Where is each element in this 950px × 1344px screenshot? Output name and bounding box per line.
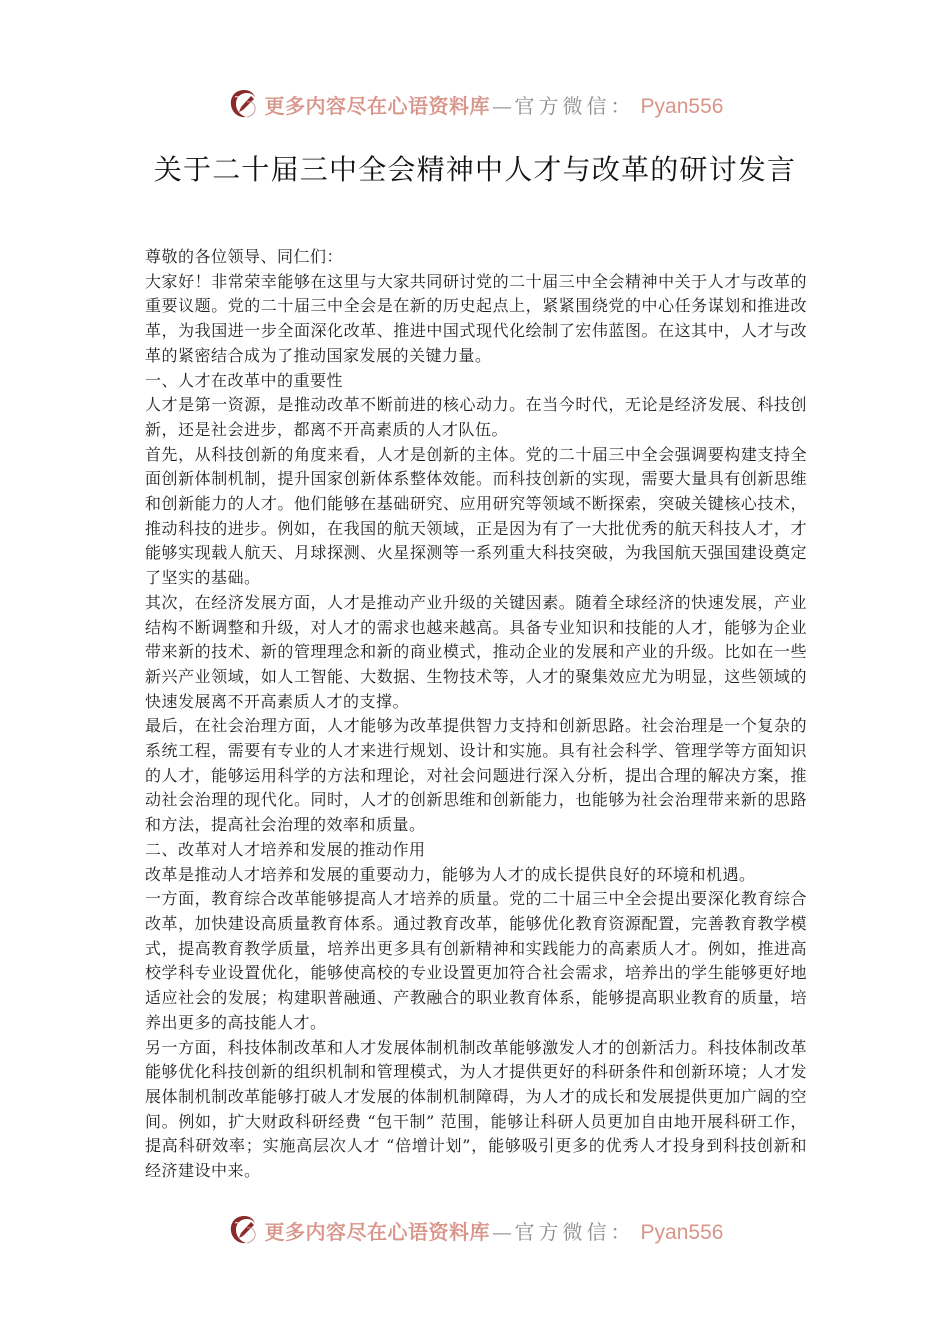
salutation: 尊敬的各位领导、同仁们： — [145, 245, 807, 270]
watermark-dash: — — [492, 94, 513, 118]
body-paragraph: 首先，从科技创新的角度来看，人才是创新的主体。党的二十届三中全会强调要构建支持全… — [145, 443, 807, 591]
section-heading-1: 一、人才在改革中的重要性 — [145, 369, 807, 394]
watermark-primary-text: 更多内容尽在心语资料库 — [265, 1216, 491, 1245]
watermark-primary-text: 更多内容尽在心语资料库 — [265, 90, 491, 119]
pen-nib-logo-icon — [227, 1213, 261, 1247]
watermark-wechat-label: 官方微信： — [515, 1216, 635, 1245]
watermark-dash: — — [492, 1220, 513, 1244]
watermark-wechat-id: Pyan556 — [641, 95, 724, 119]
watermark-wechat-label: 官方微信： — [515, 90, 635, 119]
document-body: 尊敬的各位领导、同仁们： 大家好！非常荣幸能够在这里与大家共同研讨党的二十届三中… — [145, 245, 807, 1184]
watermark-text: 更多内容尽在心语资料库 — 官方微信： Pyan556 — [265, 90, 724, 119]
intro-paragraph: 大家好！非常荣幸能够在这里与大家共同研讨党的二十届三中全会精神中关于人才与改革的… — [145, 270, 807, 369]
watermark-text: 更多内容尽在心语资料库 — 官方微信： Pyan556 — [265, 1216, 724, 1245]
watermark-wechat-id: Pyan556 — [641, 1221, 724, 1245]
pen-nib-logo-icon — [227, 87, 261, 121]
body-paragraph: 人才是第一资源，是推动改革不断前进的核心动力。在当今时代，无论是经济发展、科技创… — [145, 393, 807, 442]
body-paragraph: 改革是推动人才培养和发展的重要动力，能够为人才的成长提供良好的环境和机遇。 — [145, 863, 807, 888]
header-watermark: 更多内容尽在心语资料库 — 官方微信： Pyan556 — [0, 84, 950, 124]
body-paragraph: 最后，在社会治理方面，人才能够为改革提供智力支持和创新思路。社会治理是一个复杂的… — [145, 714, 807, 838]
body-paragraph: 一方面，教育综合改革能够提高人才培养的质量。党的二十届三中全会提出要深化教育综合… — [145, 887, 807, 1035]
body-paragraph: 另一方面，科技体制改革和人才发展体制机制改革能够激发人才的创新活力。科技体制改革… — [145, 1036, 807, 1184]
document-title: 关于二十届三中全会精神中人才与改革的研讨发言 — [0, 150, 950, 190]
footer-watermark: 更多内容尽在心语资料库 — 官方微信： Pyan556 — [0, 1210, 950, 1250]
body-paragraph: 其次，在经济发展方面，人才是推动产业升级的关键因素。随着全球经济的快速发展，产业… — [145, 591, 807, 715]
section-heading-2: 二、改革对人才培养和发展的推动作用 — [145, 838, 807, 863]
